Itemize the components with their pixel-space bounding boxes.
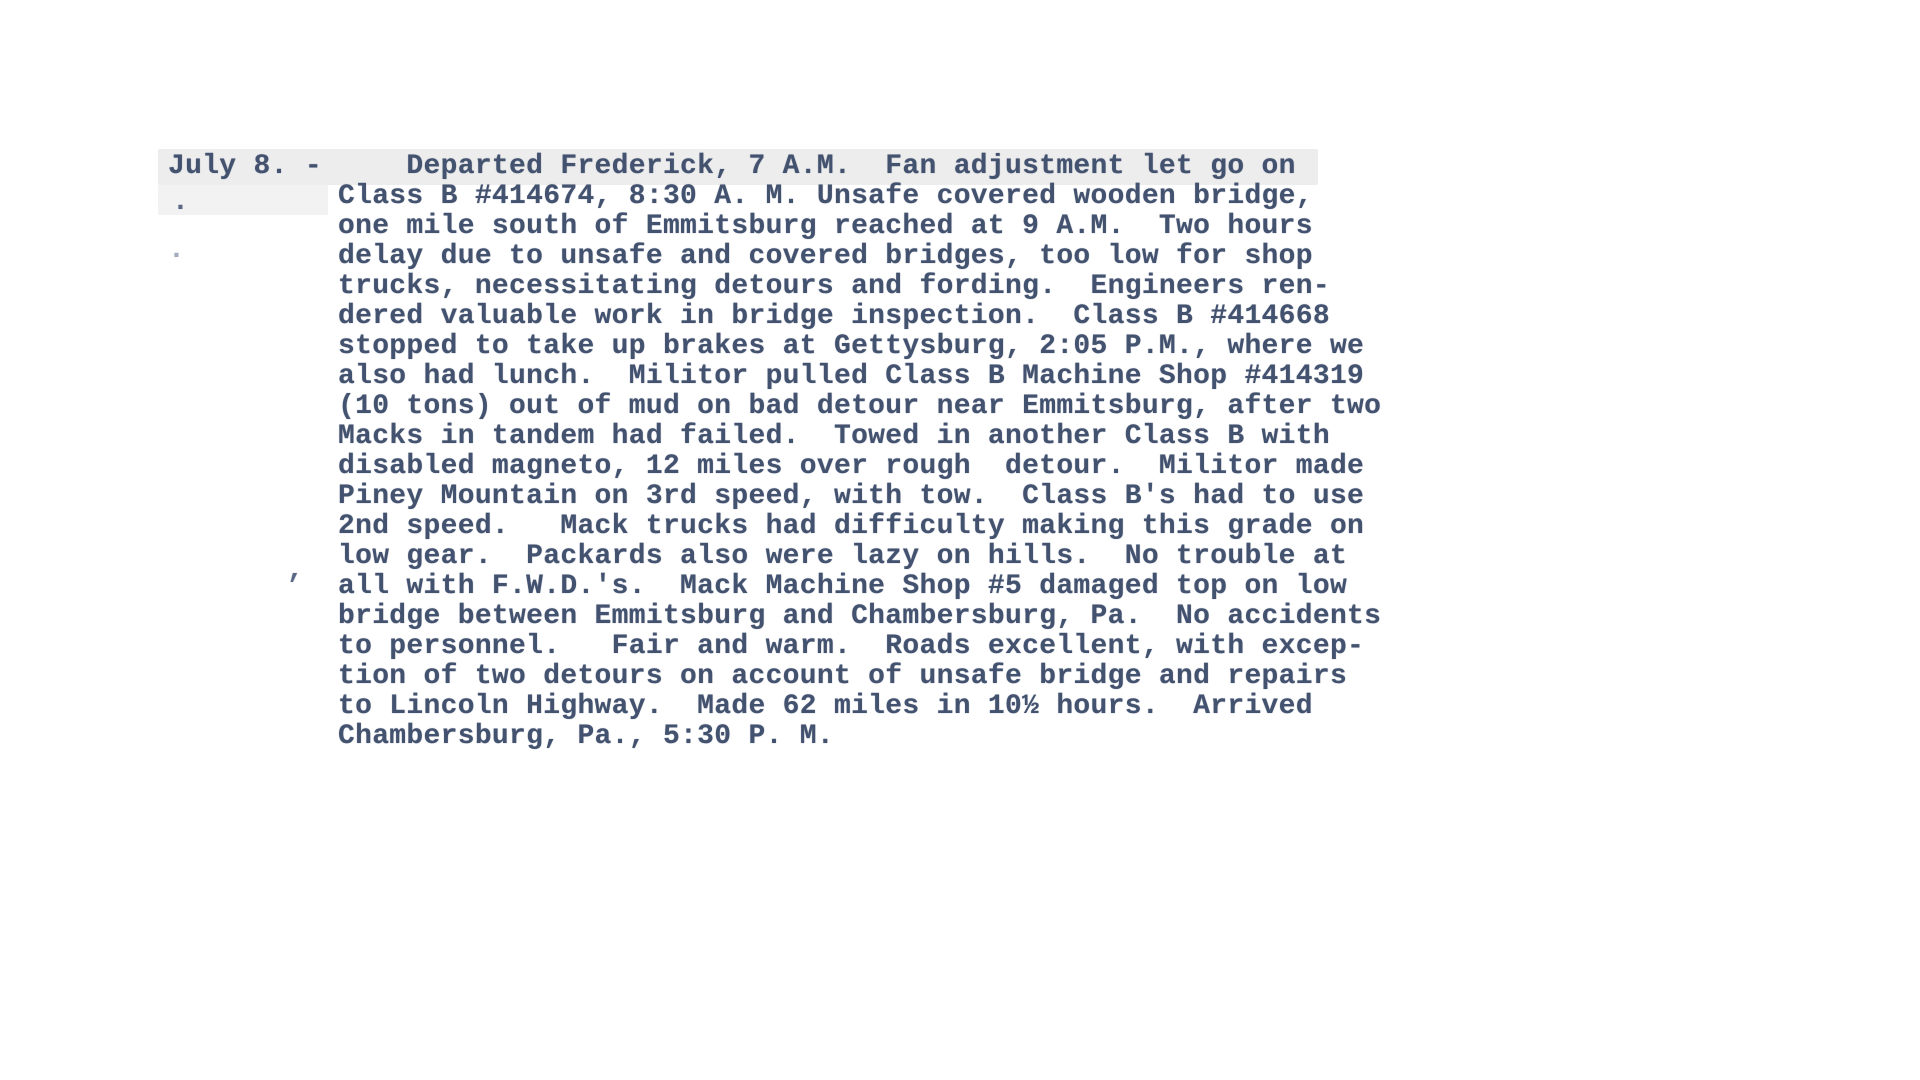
text-line: 2nd speed. Mack trucks had difficulty ma… — [338, 512, 1381, 542]
text-line: all with F.W.D.'s. Mack Machine Shop #5 … — [338, 572, 1381, 602]
journal-entry: July 8. - Departed Frederick, 7 A.M. Fan… — [168, 152, 1381, 752]
text-line: Piney Mountain on 3rd speed, with tow. C… — [338, 482, 1381, 512]
text-line: Class B #414674, 8:30 A. M. Unsafe cover… — [338, 182, 1381, 212]
text-line: to personnel. Fair and warm. Roads excel… — [338, 632, 1381, 662]
text-line: bridge between Emmitsburg and Chambersbu… — [338, 602, 1381, 632]
text-line: delay due to unsafe and covered bridges,… — [338, 242, 1381, 272]
text-line: to Lincoln Highway. Made 62 miles in 10½… — [338, 692, 1381, 722]
entry-date-label: July 8. - — [168, 152, 338, 182]
text-line: Departed Frederick, 7 A.M. Fan adjustmen… — [338, 152, 1381, 182]
text-line: also had lunch. Militor pulled Class B M… — [338, 362, 1381, 392]
text-line: low gear. Packards also were lazy on hil… — [338, 542, 1381, 572]
text-line: stopped to take up brakes at Gettysburg,… — [338, 332, 1381, 362]
text-line: disabled magneto, 12 miles over rough de… — [338, 452, 1381, 482]
document-page: . . , July 8. - Departed Frederick, 7 A.… — [0, 0, 1920, 1080]
entry-body: Departed Frederick, 7 A.M. Fan adjustmen… — [338, 152, 1381, 752]
text-line: (10 tons) out of mud on bad detour near … — [338, 392, 1381, 422]
text-line: Macks in tandem had failed. Towed in ano… — [338, 422, 1381, 452]
text-line: dered valuable work in bridge inspection… — [338, 302, 1381, 332]
text-line: tion of two detours on account of unsafe… — [338, 662, 1381, 692]
text-line: Chambersburg, Pa., 5:30 P. M. — [338, 722, 1381, 752]
text-line: one mile south of Emmitsburg reached at … — [338, 212, 1381, 242]
text-line: trucks, necessitating detours and fordin… — [338, 272, 1381, 302]
